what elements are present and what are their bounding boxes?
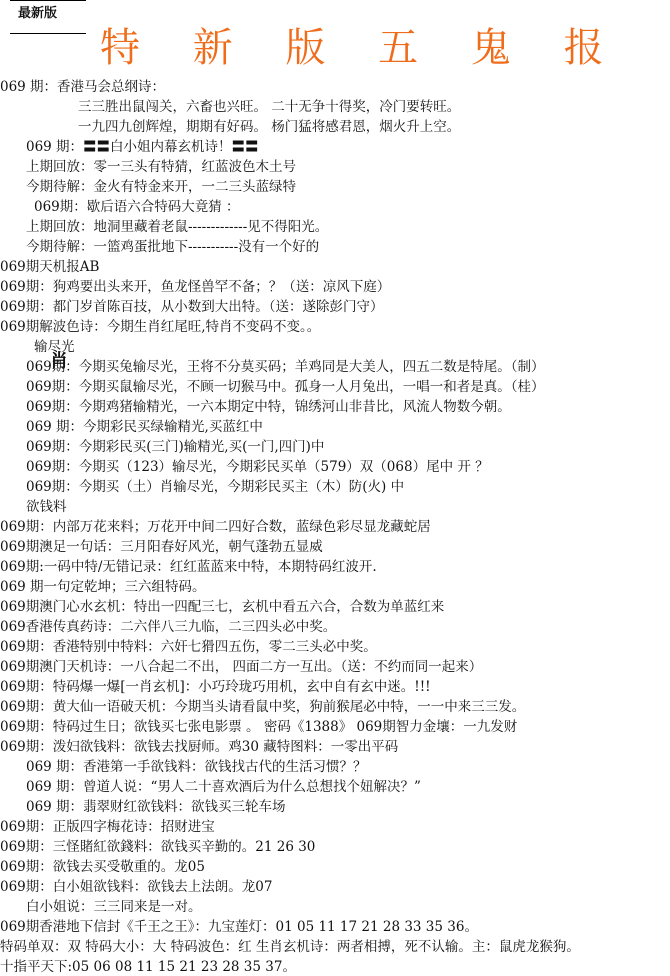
text-line: 069 期：香港第一手欲钱料：欲钱找古代的生活习惯？？ bbox=[26, 758, 367, 776]
text-line: 069期：黄大仙一语破天机：今期当头请看鼠中奖，狗前猴尾必中特，一一中来三三发。 bbox=[0, 698, 525, 716]
text-line: 069期：泼妇欲钱料：欲钱去找厨师。鸡30 藏特图料：一零出平码 bbox=[0, 738, 398, 756]
text-line: 十指平天下:05 06 08 11 15 21 23 28 35 37。 bbox=[0, 958, 296, 976]
text-line: 069期：今期彩民买(三门)输精光,买(一门,四门)中 bbox=[26, 438, 324, 456]
text-line: 上期回放：地洞里藏着老鼠-------------见不得阳光。 bbox=[26, 218, 328, 236]
text-line: 069期：今期买（123）输尽光，今期彩民买单（579）双（068）尾中 开 ？ bbox=[26, 458, 489, 476]
overlay-glyph: 肖 bbox=[50, 347, 68, 373]
text-line: 069期：特码爆一爆[一肖玄机]：小巧玲珑巧用机，玄中自有玄中迷。!!! bbox=[0, 678, 431, 696]
text-line: 069 期：今期彩民买绿输精光,买蓝红中 bbox=[26, 418, 263, 436]
text-line: 上期回放：零一三头有特猜，红蓝波色木土号 bbox=[26, 158, 296, 176]
text-line: 069期天机报AB bbox=[0, 258, 99, 276]
text-line: 069期香港地下信封《千王之王》：九宝莲灯：01 05 11 17 21 28 … bbox=[0, 918, 478, 936]
text-line: 069期：狗鸡要出头来开，鱼龙怪兽罕不备；？（送：凉风下庭） bbox=[0, 278, 390, 296]
text-line: 069期：香港特别中特料：六奸七猾四五伤，零二三头必中奖。 bbox=[0, 638, 377, 656]
text-line: 欲钱料 bbox=[26, 498, 67, 516]
text-line: 069期：欲钱去买受敬重的。龙05 bbox=[0, 858, 205, 876]
text-line: 069期澳门天机诗：一八合起二不出， 四面二方一互出。（送：不约而同一起来） bbox=[0, 658, 482, 676]
text-line: 069 期：翡翠财红欲钱料：欲钱买三轮车场 bbox=[26, 798, 286, 816]
text-line: 069期：歇后语六合特码大竟猜 ： bbox=[34, 198, 240, 216]
text-line: 特码单双：双 特码大小：大 特码波色：红 生肖玄机诗：两者相搏，死不认输。主：鼠… bbox=[0, 938, 580, 956]
text-line: 三三胜出鼠闯关，六畜也兴旺。 二十无争十得奖，冷门要转旺。 bbox=[78, 98, 460, 116]
text-line: 069期解波色诗：今期生肖红尾旺,特肖不变码不变。。 bbox=[0, 318, 320, 336]
text-line: 一九四九创辉煌，期期有好码。 杨门猛将感君恩，烟火升上空。 bbox=[78, 118, 460, 136]
text-line: 069期:一码中特/无错记录：红红蓝蓝来中特，本期特码红波开. bbox=[0, 558, 377, 576]
text-line: 069期：三怪賭紅欲錢料：欲钱买辛勤的。21 26 30 bbox=[0, 838, 315, 856]
text-line: 今期待解：金火有特金来开，一二三头蓝绿特 bbox=[26, 178, 296, 196]
badge-underline bbox=[10, 33, 86, 34]
text-line: 069期澳足一句话：三月阳春好风光，朝气蓬勃五显威 bbox=[0, 538, 323, 556]
text-line: 今期待解：一篮鸡蛋批地下-----------没有一个好的 bbox=[26, 238, 319, 256]
text-line: 069期：特码过生日；欲钱买七张电影票 。 密码《1388》 069期智力金壤：… bbox=[0, 718, 517, 736]
edition-badge: 最新版 bbox=[18, 2, 57, 21]
text-line: 069期：内部万花来料；万花开中间二四好合数，蓝绿色彩尽显龙藏蛇居 bbox=[0, 518, 431, 536]
page-title: 特 新 版 五 鬼 报 bbox=[100, 24, 624, 72]
text-line: 白小姐说：三三同来是一对。 bbox=[26, 898, 202, 916]
text-line: 069 期：曾道人说：“男人二十喜欢酒后为什么总想找个妞解决？” bbox=[26, 778, 421, 796]
text-line: 069期：都门岁首陈百技，从小数到大出特。（送：遂除彭门守） bbox=[0, 298, 384, 316]
text-line: 069期：今期买（土）肖输尽光，今期彩民买主（木）防(火) 中 bbox=[26, 478, 404, 496]
text-line: 069期：今期买鼠输尽光，不顾一切猴马中。孤身一人月兔出，一唱一和者是真。（桂） bbox=[26, 378, 545, 396]
text-line: 069期：今期鸡猪输精光，一六本期定中特，锦绣河山非昔比，风流人物数今朝。 bbox=[26, 398, 511, 416]
text-line: 069期：白小姐欲钱料：欲钱去上法朗。龙07 bbox=[0, 878, 272, 896]
text-line: 069期：今期买兔输尽光，王将不分莫买码；羊鸡同是大美人，四五二数是特尾。（制） bbox=[26, 358, 545, 376]
text-line: 069香港传真药诗：二六伴八三九临，二三四头必中奖。 bbox=[0, 618, 336, 636]
text-line: 069 期：〓〓白小姐内幕玄机诗！〓〓 bbox=[26, 138, 259, 156]
text-line: 069期：正版四字梅花诗：招财进宝 bbox=[0, 818, 215, 836]
text-line: 069 期：香港马会总纲诗： bbox=[0, 78, 165, 96]
top-rule bbox=[10, 0, 86, 1]
text-line: 069期澳门心水玄机：特出一四配三七，玄机中看五六合，合数为单蓝红来 bbox=[0, 598, 444, 616]
text-line: 069 期一句定乾坤；三六组特码。 bbox=[0, 578, 206, 596]
